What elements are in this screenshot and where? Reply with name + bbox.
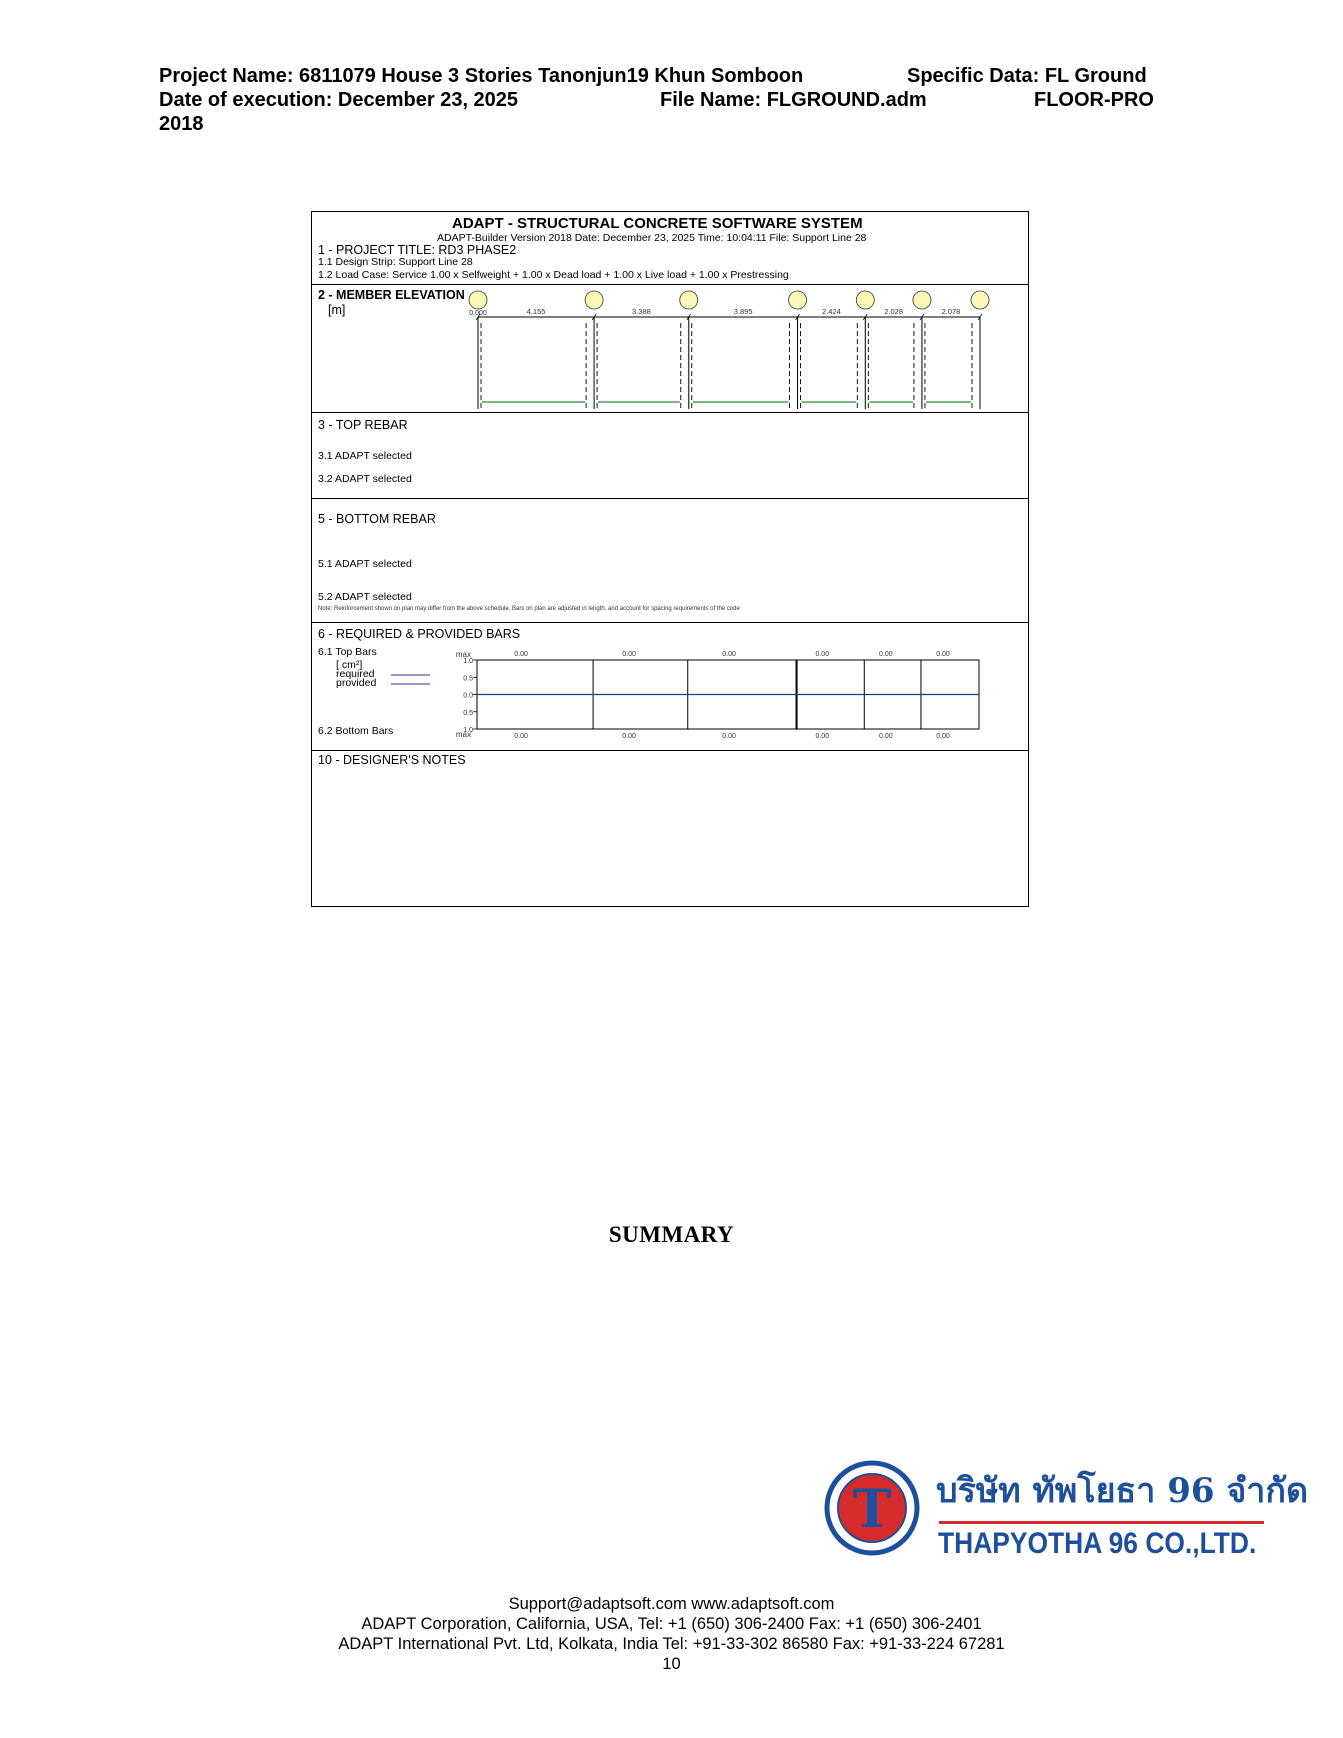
svg-text:0.00: 0.00	[514, 733, 528, 740]
logo-english-name: THAPYOTHA 96 CO.,LTD.	[938, 1527, 1256, 1561]
footer-usa: ADAPT Corporation, California, USA, Tel:…	[0, 1614, 1343, 1634]
section-top-rebar: 3 - TOP REBAR 3.1 ADAPT selected 3.2 ADA…	[312, 412, 1028, 499]
logo-thai-name: บริษัท ทัพโยธา 96 จำกัด	[936, 1463, 1308, 1517]
svg-text:T: T	[853, 1479, 892, 1540]
svg-text:4.155: 4.155	[527, 307, 546, 316]
footer-contact: Support@adaptsoft.com www.adaptsoft.com	[0, 1594, 1343, 1614]
page-number: 10	[0, 1654, 1343, 1674]
adapt-report-sheet: ADAPT - STRUCTURAL CONCRETE SOFTWARE SYS…	[311, 211, 1029, 907]
reinforcement-note: Note: Reinforcement shown on plan may di…	[318, 606, 740, 612]
svg-text:max: max	[456, 650, 471, 659]
file-name: File Name: FLGROUND.adm	[660, 88, 927, 112]
svg-text:0.00: 0.00	[514, 651, 528, 658]
svg-text:2.078: 2.078	[942, 307, 961, 316]
bottom-rebar-item: 5.2 ADAPT selected	[318, 591, 412, 603]
project-title: 1 - PROJECT TITLE: RD3 PHASE2	[318, 243, 516, 257]
design-strip: 1.1 Design Strip: Support Line 28	[318, 256, 473, 268]
svg-text:max: max	[456, 730, 471, 739]
specific-data: Specific Data: FL Ground	[907, 64, 1147, 88]
date-of-execution: Date of execution: December 23, 2025	[159, 88, 518, 112]
member-elevation-drawing: 0.0004.1553.3883.8952.4242.0282.078	[312, 284, 1028, 412]
logo-divider	[939, 1521, 1264, 1524]
section-member-elevation: 2 - MEMBER ELEVATION [m] 0.0004.1553.388…	[312, 284, 1028, 413]
svg-text:0.00: 0.00	[815, 733, 829, 740]
logo-emblem-icon: T	[824, 1461, 934, 1571]
svg-text:0.00: 0.00	[936, 733, 950, 740]
company-logo: T บริษัท ทัพโยธา 96 จำกัด THAPYOTHA 96 C…	[824, 1455, 1284, 1585]
svg-text:1.0: 1.0	[463, 658, 473, 665]
svg-text:2.028: 2.028	[884, 307, 903, 316]
svg-text:3.895: 3.895	[734, 307, 753, 316]
bottom-rebar-heading: 5 - BOTTOM REBAR	[318, 512, 436, 526]
svg-text:3.388: 3.388	[632, 307, 651, 316]
svg-text:0.00: 0.00	[622, 733, 636, 740]
svg-text:0.000: 0.000	[469, 310, 487, 317]
svg-text:0.00: 0.00	[722, 651, 736, 658]
report-title: ADAPT - STRUCTURAL CONCRETE SOFTWARE SYS…	[452, 215, 863, 232]
program-year: 2018	[159, 112, 204, 136]
footer-india: ADAPT International Pvt. Ltd, Kolkata, I…	[0, 1634, 1343, 1654]
top-rebar-item: 3.2 ADAPT selected	[318, 473, 412, 485]
svg-text:0.00: 0.00	[622, 651, 636, 658]
svg-text:0.00: 0.00	[722, 733, 736, 740]
svg-text:0.00: 0.00	[936, 651, 950, 658]
svg-text:0.0: 0.0	[463, 693, 473, 700]
svg-text:0.5: 0.5	[463, 710, 473, 717]
svg-text:0.00: 0.00	[879, 733, 893, 740]
section-designers-notes: 10 - DESIGNER'S NOTES	[312, 750, 1028, 905]
load-case: 1.2 Load Case: Service 1.00 x Selfweight…	[318, 269, 789, 281]
svg-text:0.00: 0.00	[815, 651, 829, 658]
svg-text:0.5: 0.5	[463, 675, 473, 682]
summary-heading: SUMMARY	[0, 1222, 1343, 1248]
bottom-rebar-item: 5.1 ADAPT selected	[318, 558, 412, 570]
section-required-provided-bars: 6 - REQUIRED & PROVIDED BARS 6.1 Top Bar…	[312, 622, 1028, 751]
svg-text:2.424: 2.424	[822, 307, 841, 316]
section-project-title: ADAPT - STRUCTURAL CONCRETE SOFTWARE SYS…	[312, 212, 1028, 285]
designers-notes-heading: 10 - DESIGNER'S NOTES	[318, 753, 466, 767]
svg-text:0.00: 0.00	[879, 651, 893, 658]
project-name: Project Name: 6811079 House 3 Stories Ta…	[159, 64, 803, 88]
program-name: FLOOR-PRO	[1034, 88, 1154, 112]
section-bottom-rebar: 5 - BOTTOM REBAR 5.1 ADAPT selected 5.2 …	[312, 498, 1028, 623]
top-rebar-heading: 3 - TOP REBAR	[318, 418, 408, 432]
required-provided-bars-chart: 1.00.50.00.51.0maxmax0.000.000.000.000.0…	[312, 622, 1028, 750]
top-rebar-item: 3.1 ADAPT selected	[318, 450, 412, 462]
